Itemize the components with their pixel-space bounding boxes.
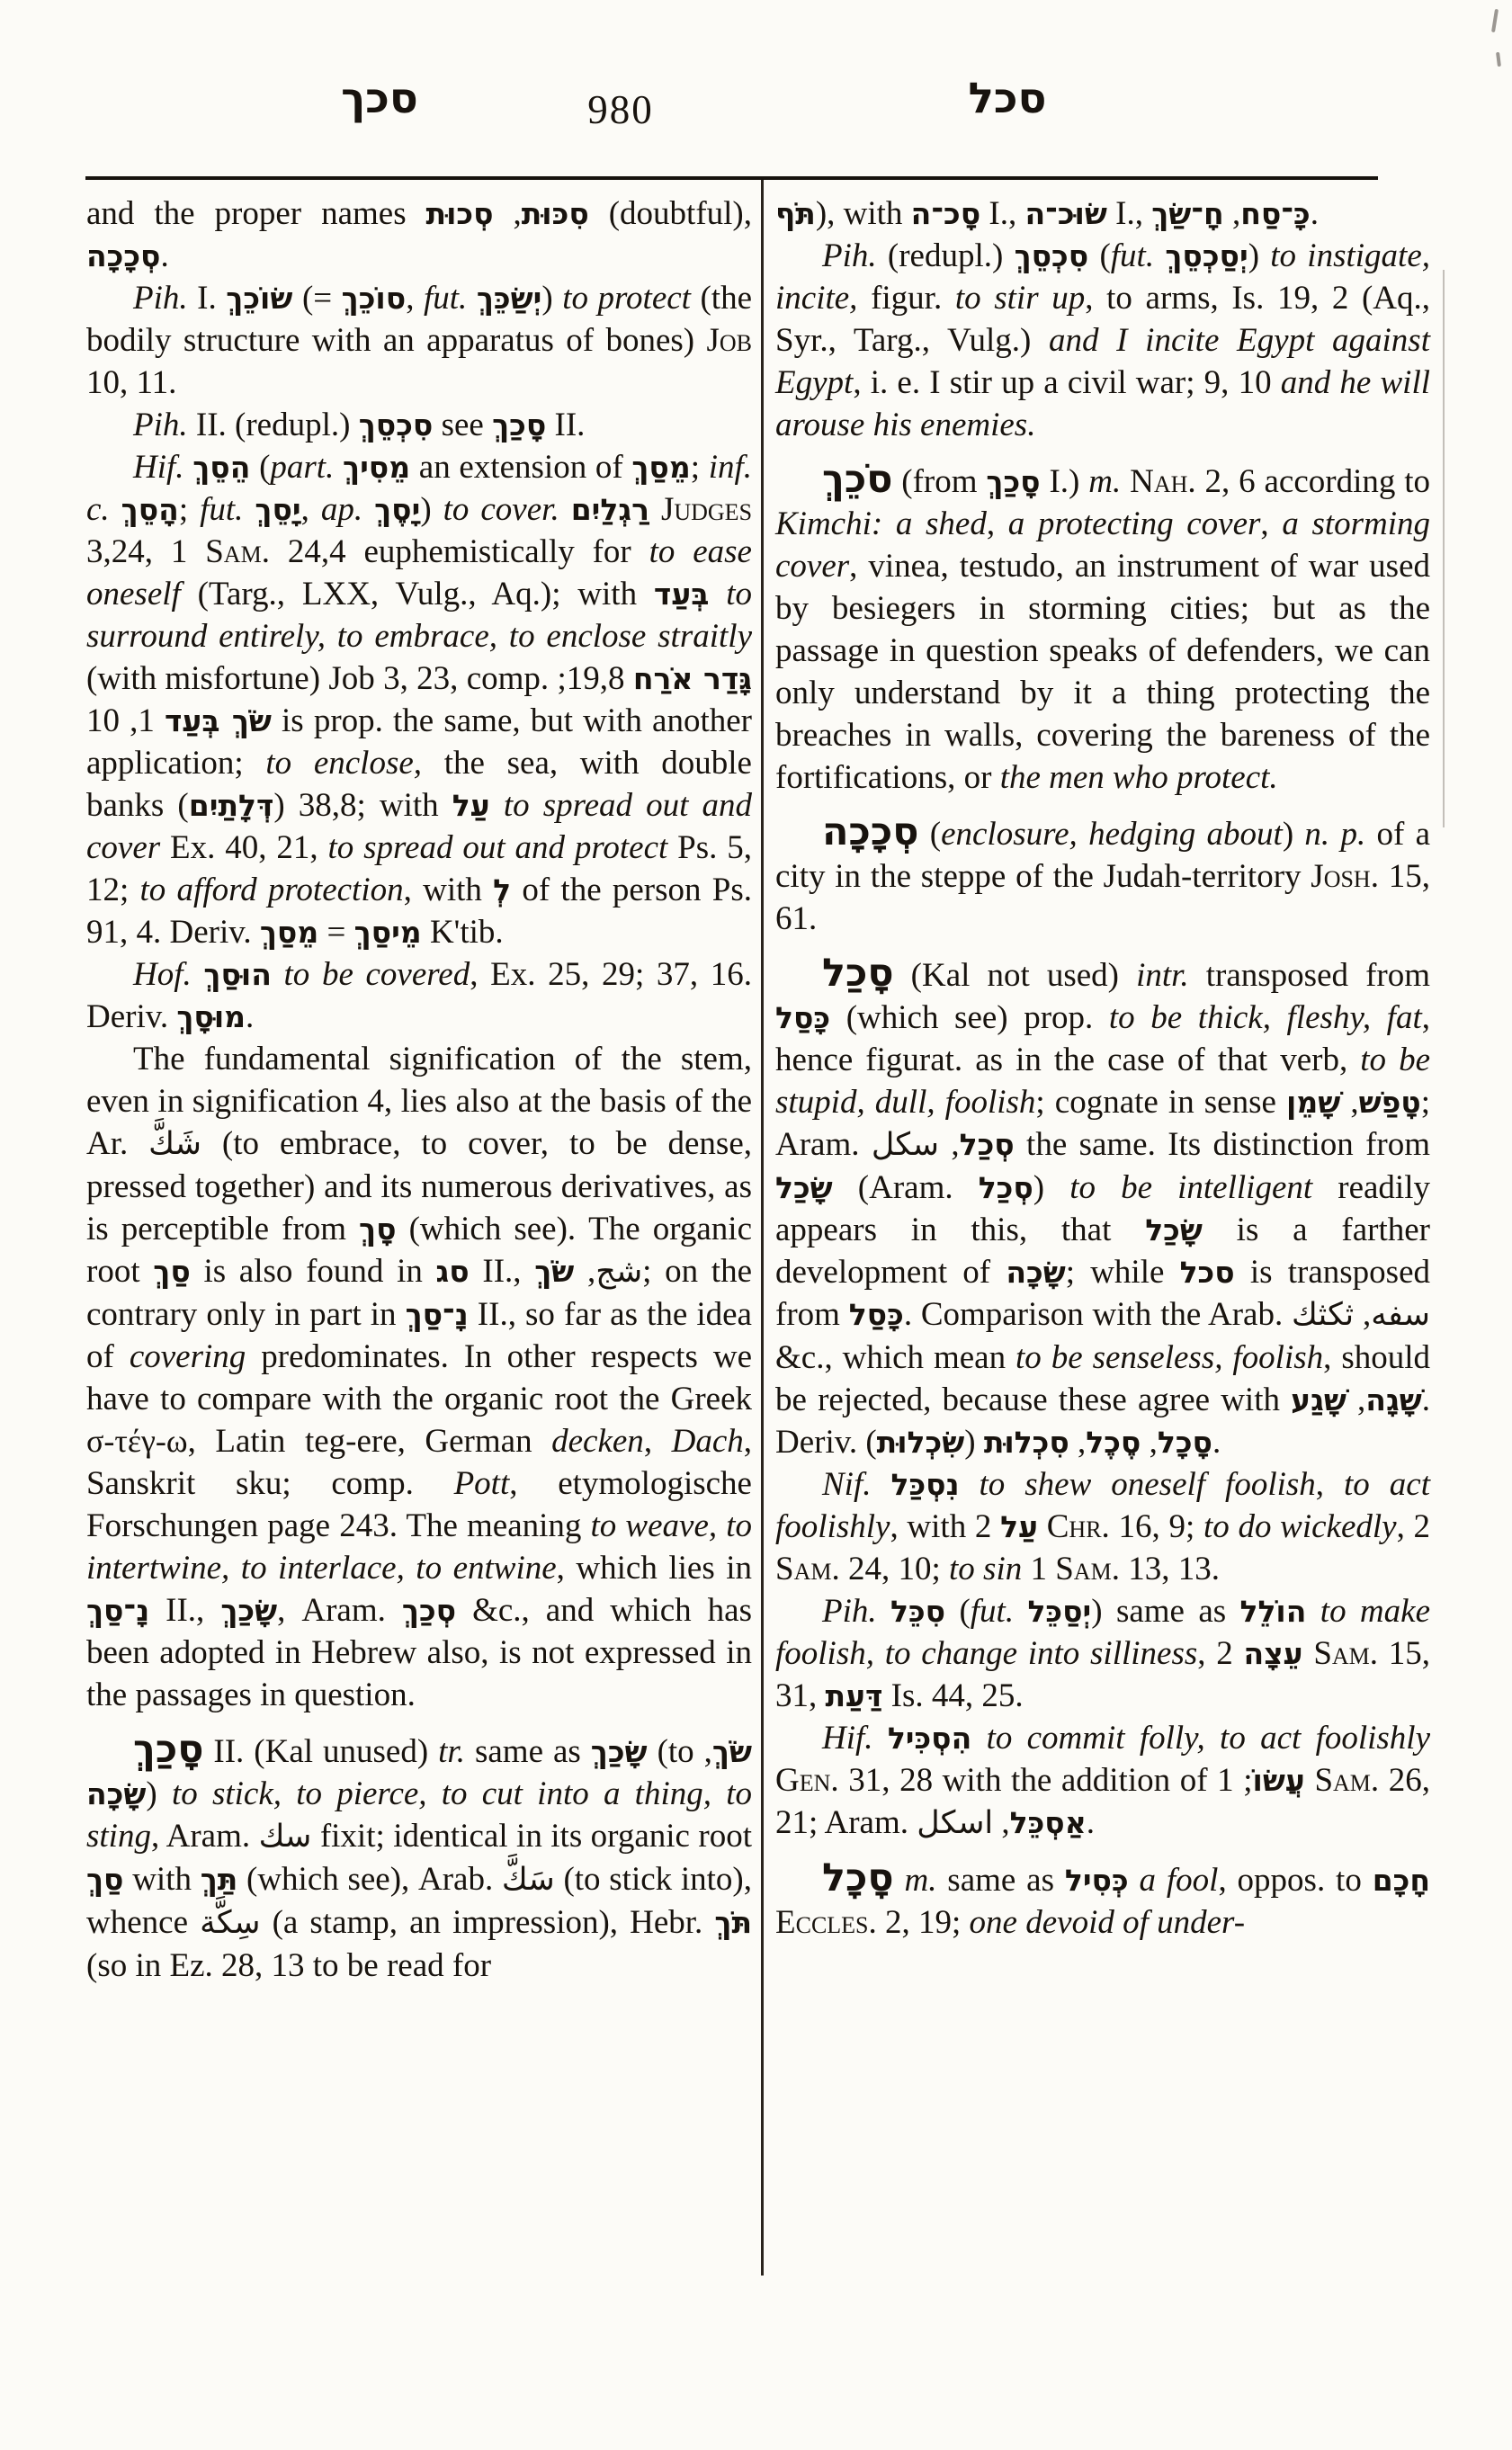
hebrew-text: נָ־סַךְ [86, 1593, 149, 1628]
hebrew-text: עֲשׂוֹ [1253, 1763, 1305, 1798]
plain-text [877, 1593, 890, 1630]
plain-text [334, 449, 343, 486]
plain-text: , which lies in [557, 1550, 752, 1587]
hebrew-text: סַךְ [153, 1254, 191, 1289]
hebrew-text: סַךְ [86, 1862, 124, 1897]
plain-text: , [1260, 505, 1282, 542]
plain-text: , i. e. I stir up a civil war; 9, 10 [853, 364, 1280, 401]
paragraph: Pih. II. (redupl.) סִכְסֵךְ see סָכַךְ I… [86, 404, 752, 446]
hebrew-headword: סָכָל [822, 1855, 894, 1900]
hebrew-text: דְּלָתַיִם [189, 788, 274, 823]
italic-text: fut. [424, 280, 467, 317]
italic-text: Pott [454, 1465, 510, 1502]
plain-text [1014, 1593, 1027, 1630]
arabic-text: شج [595, 1254, 642, 1290]
hebrew-text: שָׂכַךְ [220, 1593, 277, 1628]
paragraph: Hof. הוּסַךְ to be covered, Ex. 25, 29; … [86, 953, 752, 1038]
page-number: 980 [547, 86, 694, 133]
plain-text: . [1087, 1804, 1095, 1841]
hebrew-text: סְכַל [960, 1127, 1015, 1162]
hebrew-text: הֵסֵךְ [192, 450, 250, 485]
plain-text: I., [980, 195, 1024, 232]
plain-text [362, 491, 374, 528]
italic-text: a shed [896, 505, 987, 542]
entry-paragraph: סְכָכָה (enclosure, hedging about) n. p.… [775, 813, 1430, 940]
arabic-text: سكل [872, 1127, 939, 1163]
plain-text: II., [149, 1592, 220, 1629]
plain-text: I. [188, 280, 227, 317]
plain-text: (doubtful), [589, 195, 752, 232]
hebrew-text: עַל [452, 788, 490, 823]
hebrew-text: מוּסָךְ [176, 999, 246, 1034]
plain-text: ; [691, 449, 709, 486]
plain-text [1154, 237, 1165, 274]
smallcaps-reference: Judges [661, 491, 752, 528]
hebrew-text: תַּךְ [201, 1862, 238, 1897]
scan-artifact [1491, 9, 1499, 32]
smallcaps-reference: Job [706, 322, 752, 359]
plain-text: ; [179, 491, 200, 528]
plain-text: ) [1248, 237, 1271, 274]
smallcaps-reference: Gen. [775, 1762, 839, 1799]
hebrew-text: סִכּוּת [522, 196, 589, 231]
plain-text: 1 [1022, 1551, 1055, 1587]
italic-text: to protect [562, 280, 691, 317]
paragraph: Hif. הֵסֵךְ (part. מֵסִיךְ an extension … [86, 446, 752, 953]
plain-text: , [939, 1126, 960, 1163]
plain-text: an extension of [410, 449, 631, 486]
plain-text: is also found in [191, 1253, 436, 1290]
plain-text: 31, 28 with the addition of [839, 1762, 1218, 1799]
plain-text: , [704, 1733, 712, 1770]
italic-text: to spread out and protect [327, 829, 667, 866]
plain-text: (which see), Arab. [237, 1861, 502, 1898]
hebrew-text: הוּסַךְ [203, 957, 272, 992]
plain-text: , [644, 1423, 672, 1460]
plain-text [1306, 1593, 1320, 1630]
italic-text: to stir up [955, 280, 1085, 317]
plain-text: with [124, 1861, 201, 1898]
plain-text: (= [292, 280, 341, 317]
plain-text: , [993, 1804, 1010, 1841]
plain-text: ( [964, 1424, 984, 1461]
italic-text: fut. [971, 1593, 1014, 1630]
plain-text [272, 956, 284, 993]
paragraph: The fundamental signification of the ste… [86, 1038, 752, 1716]
hebrew-text: סָכַךְ [986, 464, 1040, 499]
italic-text: to commit folly, to act foolishly [987, 1720, 1430, 1757]
arabic-text: شَكَّ [148, 1126, 201, 1162]
hebrew-text: עֵצָה [1243, 1636, 1302, 1671]
hebrew-text: סִכְסֵךְ [359, 407, 434, 443]
plain-text: ) [146, 1775, 172, 1812]
plain-text [971, 1720, 986, 1757]
hebrew-text: סוֹכֵךְ [342, 281, 407, 316]
arabic-text: ثكثك [1292, 1297, 1354, 1333]
entry-paragraph: סָכָל m. same as כְּסִיל a fool, oppos. … [775, 1859, 1430, 1944]
hebrew-text: יְסַכֵּל [1027, 1594, 1091, 1629]
plain-text [709, 576, 726, 612]
paragraph: Nif. נִסְכַּל to shew oneself foolish, t… [775, 1463, 1430, 1590]
hebrew-text: מֵסַךְ [631, 450, 690, 485]
italic-text: to cover. [443, 491, 559, 528]
hebrew-text: בְּעַד [654, 577, 709, 612]
italic-text: fut. [200, 491, 243, 528]
hebrew-headword: סָכַךְ [133, 1727, 203, 1772]
hebrew-text: יְשַׂכֵּךְ [477, 281, 542, 316]
plain-text: Ex. 40, 21, [160, 829, 327, 866]
hebrew-text: מֵסַךְ [260, 915, 318, 950]
hebrew-text: סֶכֶל [1086, 1425, 1141, 1460]
entry-paragraph: סָכַל (Kal not used) intr. transposed fr… [775, 954, 1430, 1463]
smallcaps-reference: Sam. [1313, 1635, 1378, 1672]
plain-text: , [1141, 1424, 1158, 1461]
paragraph: Pih. (redupl.) סִכְסֵךְ (fut. יְסַכְסֵךְ… [775, 235, 1430, 446]
hebrew-text: שָׁגַע [1291, 1382, 1346, 1417]
header-keyword-left: סכך [281, 74, 479, 123]
smallcaps-reference: Sam. [775, 1551, 840, 1587]
hebrew-text: סְכַל [979, 1170, 1033, 1205]
hebrew-text: סִכְלוּת [984, 1425, 1069, 1460]
hebrew-text: שׂוּכ־ה [1025, 196, 1107, 231]
greek-text: σ-τέγ-ω [86, 1423, 188, 1459]
plain-text: II. [546, 407, 585, 443]
hebrew-text: כָּסַל [849, 1297, 904, 1332]
italic-text: Pih. [133, 280, 188, 317]
hebrew-text: מֵיסַךְ [354, 915, 422, 950]
plain-text: , [494, 195, 522, 232]
plain-text: 2, 19; [877, 1904, 970, 1941]
plain-text: (Targ., LXX, Vulg., Aq.); with [181, 576, 654, 612]
hebrew-text: חָ־שַׂךְ [1151, 196, 1223, 231]
plain-text: (so in Ez. 28, 13 to be read for [86, 1947, 491, 1984]
italic-text: Hif. [822, 1720, 873, 1757]
plain-text: , [1354, 1296, 1371, 1333]
plain-text: 24,4 euphemistically for [270, 533, 649, 570]
header-keyword-right: סכל [908, 74, 1106, 123]
plain-text: , [1316, 1466, 1344, 1503]
plain-text [559, 491, 571, 528]
italic-text: to shew oneself foolish [980, 1466, 1316, 1503]
header-rule [85, 176, 1378, 180]
plain-text: (a stamp, an impression), Hebr. [261, 1904, 715, 1941]
hebrew-text: שׂוֹכֵךְ [226, 281, 292, 316]
hebrew-text: אַסְכֵּל [1010, 1805, 1087, 1840]
italic-text: m. [1088, 463, 1121, 500]
plain-text [872, 1466, 891, 1503]
plain-text: 3,24, 1 [86, 533, 205, 570]
plain-text: (Kal not used) [894, 957, 1136, 994]
plain-text: , [1346, 1381, 1365, 1418]
plain-text: ( [945, 1593, 971, 1630]
hebrew-text: שָׁגָה [1365, 1382, 1421, 1417]
plain-text: ( [918, 816, 941, 853]
italic-text: intr. [1136, 957, 1189, 994]
plain-text: fixit; identical in its organic root [311, 1818, 752, 1855]
plain-text: K'tib. [422, 914, 504, 951]
italic-text: Pih. [822, 1593, 877, 1630]
left-column: and the proper names סִכּוּת, סְכוּת (do… [86, 192, 752, 1987]
plain-text: , [406, 280, 424, 317]
plain-text: , 2 [1397, 1508, 1430, 1545]
plain-text: ) same as [1091, 1593, 1239, 1630]
italic-text: m. [904, 1862, 936, 1899]
hebrew-text: כְּסִיל [1065, 1863, 1129, 1898]
hebrew-text: סָךְ [359, 1212, 397, 1247]
paragraph: Pih. סִכֵּל (fut. יְסַכֵּל) same as הוֹל… [775, 1590, 1430, 1717]
plain-text: transposed from [1189, 957, 1430, 994]
italic-text: ap. [321, 491, 362, 528]
hebrew-text: שָׂכַךְ [591, 1734, 648, 1769]
plain-text [243, 491, 255, 528]
hebrew-text: שָׂכַל [1145, 1212, 1203, 1247]
italic-text: decken [551, 1423, 644, 1460]
hebrew-text: שָׂכָה [1006, 1255, 1065, 1290]
plain-text: , [1340, 1084, 1358, 1121]
plain-text: , [1197, 1635, 1216, 1672]
hebrew-text: יָסֶךְ [374, 492, 420, 527]
plain-text: , oppos. to [1218, 1862, 1372, 1899]
plain-text: 10, 11. [86, 364, 176, 401]
hebrew-text: סְכוּת [426, 196, 494, 231]
smallcaps-reference: Eccles. [775, 1904, 877, 1941]
hebrew-text: שָׂכַל [775, 1170, 833, 1205]
hebrew-text: שִׂכְלוּת [877, 1425, 965, 1460]
smallcaps-reference: Sam. [1314, 1762, 1379, 1799]
plain-text: (Aram. [833, 1169, 979, 1206]
hebrew-headword: סָכַל [822, 951, 894, 996]
smallcaps-reference: Josh. [1311, 858, 1379, 895]
entry-paragraph: סֹכֵךְ (from סָכַךְ I.) m. Nah. 2, 6 acc… [775, 460, 1430, 799]
italic-text: the men who protect. [1000, 759, 1278, 796]
plain-text [1121, 463, 1130, 500]
smallcaps-reference: Nah. [1130, 463, 1196, 500]
plain-text: ( [250, 449, 270, 486]
hebrew-text: שָׁמֵן [1286, 1085, 1340, 1120]
italic-text: to be intelligent [1069, 1169, 1312, 1206]
hebrew-text: סְכַךְ [402, 1593, 456, 1628]
plain-text: , [987, 505, 1008, 542]
dictionary-page: סכך 980 סכל and the proper names סִכּוּת… [0, 0, 1512, 2450]
plain-text: see [433, 407, 492, 443]
hebrew-text: יְסַכְסֵךְ [1165, 238, 1248, 273]
plain-text [1129, 1862, 1140, 1899]
plain-text [649, 491, 661, 528]
plain-text [184, 449, 193, 486]
arabic-text: اسكل [917, 1805, 993, 1841]
arabic-text: سفه [1371, 1297, 1430, 1333]
hebrew-text: שָׂכָה [86, 1776, 146, 1811]
plain-text: . [160, 237, 168, 274]
paragraph: תֹּף), with סָכ־ה I., שׂוּכ־ה I., כָּ־סַ… [775, 192, 1430, 235]
hebrew-text: נִסְכַּל [890, 1467, 959, 1502]
plain-text: (which see) prop. [830, 999, 1109, 1036]
plain-text: same as [465, 1733, 591, 1770]
plain-text: , [574, 1253, 595, 1290]
hebrew-text: גָּדַר אֹרַח [633, 661, 752, 696]
plain-text: ) 38,8; with [273, 787, 452, 824]
plain-text: . Comparison with the Arab. [904, 1296, 1292, 1333]
hebrew-text: שֹׂךְ [534, 1254, 574, 1289]
hebrew-text: שֹׂךְ [712, 1734, 752, 1769]
plain-text: , Aram. [151, 1818, 259, 1855]
italic-text: to be covered [284, 956, 470, 993]
hebrew-text: סִכֵּל [890, 1594, 945, 1629]
hebrew-text: יָסֵךְ [255, 492, 300, 527]
plain-text: (with misfortune) Job 3, 23, comp. [86, 660, 558, 697]
italic-text: n. p. [1304, 816, 1365, 853]
plain-text: (to [648, 1733, 704, 1770]
plain-text: , [1069, 1424, 1087, 1461]
plain-text: (redupl.) [877, 237, 1015, 274]
smallcaps-reference: Sam. [1055, 1551, 1120, 1587]
hebrew-text: טָפַשׁ [1359, 1085, 1421, 1120]
plain-text: 2, 6 according to [1196, 463, 1430, 500]
hebrew-text: תֹּף [775, 196, 816, 231]
hebrew-text: סָכָל [1158, 1425, 1212, 1460]
smallcaps-reference: Chr. [1047, 1508, 1110, 1545]
scan-artifact [1496, 52, 1501, 67]
paragraph: Hif. הִסְכִּיל to commit folly, to act f… [775, 1717, 1430, 1845]
italic-text: covering [130, 1338, 246, 1375]
plain-text: ) [1033, 1169, 1069, 1206]
hebrew-text: תֹּךְ [714, 1905, 752, 1940]
arabic-text: سك [259, 1819, 312, 1855]
italic-text: a fool [1140, 1862, 1219, 1899]
italic-text: enclosure, hedging about [941, 816, 1283, 853]
plain-text [894, 1862, 905, 1899]
plain-text: ), with [816, 195, 911, 232]
plain-text [192, 956, 204, 993]
plain-text [882, 505, 896, 542]
hebrew-text: סִכְסֵךְ [1015, 238, 1089, 273]
italic-text: Pih. [133, 407, 188, 443]
plain-text: ) [420, 491, 443, 528]
hebrew-text: סְכָכָה [86, 238, 160, 273]
hebrew-text: הוֹלֵל [1240, 1594, 1307, 1629]
right-column: תֹּף), with סָכ־ה I., שׂוּכ־ה I., כָּ־סַ… [775, 192, 1430, 1944]
hebrew-text: סכל [1180, 1255, 1235, 1290]
hebrew-text: הִסְכִּיל [888, 1721, 971, 1756]
plain-text: and the proper names [86, 195, 426, 232]
paragraph: and the proper names סִכּוּת, סְכוּת (do… [86, 192, 752, 277]
plain-text: II. (redupl.) [188, 407, 359, 443]
italic-text: part. [270, 449, 334, 486]
italic-text: fut. [1111, 237, 1154, 274]
plain-text: ) [1283, 816, 1305, 853]
plain-text: Is. 44, 25. [882, 1677, 1023, 1714]
hebrew-text: שֹׂךְ בְּעַד [165, 703, 272, 738]
plain-text: ; while [1066, 1254, 1180, 1291]
entry-paragraph: סָכַךְ II. (Kal unused) tr. same as שָׂכ… [86, 1730, 752, 1987]
hebrew-text: סג [436, 1254, 470, 1289]
plain-text: 24, 10; [840, 1551, 949, 1587]
plain-text [873, 1720, 888, 1757]
italic-text: a protecting cover [1008, 505, 1261, 542]
plain-text: , Latin teg-ere, German [188, 1423, 552, 1460]
hebrew-text: סָכַךְ [492, 407, 546, 443]
plain-text: 16, 9; [1110, 1508, 1203, 1545]
italic-text: to be senseless, foolish [1015, 1339, 1323, 1376]
italic-text: Dach [672, 1423, 744, 1460]
italic-text: Nif. [822, 1466, 872, 1503]
paragraph: Pih. I. שׂוֹכֵךְ (= סוֹכֵךְ, fut. יְשַׂכ… [86, 277, 752, 404]
hebrew-text: דַּעַת [826, 1678, 883, 1713]
italic-text: Hof. [133, 956, 192, 993]
plain-text: same as [936, 1862, 1064, 1899]
plain-text: = [318, 914, 353, 951]
hebrew-text: רַגְלַיִם [571, 492, 649, 527]
italic-text: to enclose, [265, 745, 422, 782]
plain-text: 13, 13. [1120, 1551, 1220, 1587]
hebrew-headword: סְכָכָה [822, 809, 918, 854]
plain-text [110, 491, 121, 528]
plain-text: ) [541, 280, 562, 317]
italic-text: tr. [438, 1733, 465, 1770]
hebrew-text: חָכָם [1373, 1863, 1430, 1898]
plain-text: the same. Its distinction from [1015, 1126, 1430, 1163]
plain-text: ( [1088, 237, 1111, 274]
plain-text: I., [1107, 195, 1151, 232]
italic-text: one devoid of under- [970, 1904, 1245, 1941]
plain-text: , [301, 491, 321, 528]
italic-text: Hif. [133, 449, 184, 486]
plain-text: figur. [857, 280, 954, 317]
column-divider [761, 180, 764, 2276]
plain-text: II., [470, 1253, 535, 1290]
arabic-text: سَكَّ [502, 1862, 555, 1898]
hebrew-text: כָּסַל [775, 1000, 830, 1035]
plain-text: . [246, 998, 254, 1035]
italic-text: to be thick, fleshy, fat [1109, 999, 1422, 1036]
plain-text [960, 1466, 980, 1503]
plain-text: , Aram. [277, 1592, 402, 1629]
italic-text: to afford protection [140, 872, 404, 908]
plain-text: , [1224, 195, 1241, 232]
plain-text: (from [892, 463, 986, 500]
italic-text: Pih. [822, 237, 877, 274]
plain-text: 19,8; [558, 660, 633, 697]
plain-text: &c., which mean [775, 1339, 1015, 1376]
hebrew-text: נָ־סַךְ [406, 1297, 469, 1332]
italic-text: to sin [949, 1551, 1022, 1587]
plain-text: . [1311, 195, 1319, 232]
hebrew-text: עַל [1000, 1509, 1038, 1544]
hebrew-headword: סֹכֵךְ [822, 457, 892, 502]
plain-text [467, 280, 477, 317]
hebrew-text: מֵסִיךְ [343, 450, 410, 485]
plain-text: II. (Kal unused) [203, 1733, 438, 1770]
page-edge-artifact [1443, 270, 1445, 827]
hebrew-text: סָכ־ה [911, 196, 981, 231]
plain-text [490, 787, 504, 824]
plain-text: ; cognate in sense [1035, 1084, 1286, 1121]
hebrew-text: לְ [493, 872, 511, 908]
hebrew-text: הָסֵךְ [121, 492, 179, 527]
plain-text: , with [404, 872, 494, 908]
plain-text: , with [890, 1508, 974, 1545]
hebrew-text: כָּ־סַח [1240, 196, 1311, 231]
smallcaps-reference: Sam. [205, 533, 270, 570]
italic-text: Kimchi: [775, 505, 882, 542]
arabic-text: سِكَّة [200, 1905, 260, 1941]
italic-text: to do wickedly [1203, 1508, 1397, 1545]
plain-text: I.) [1041, 463, 1089, 500]
